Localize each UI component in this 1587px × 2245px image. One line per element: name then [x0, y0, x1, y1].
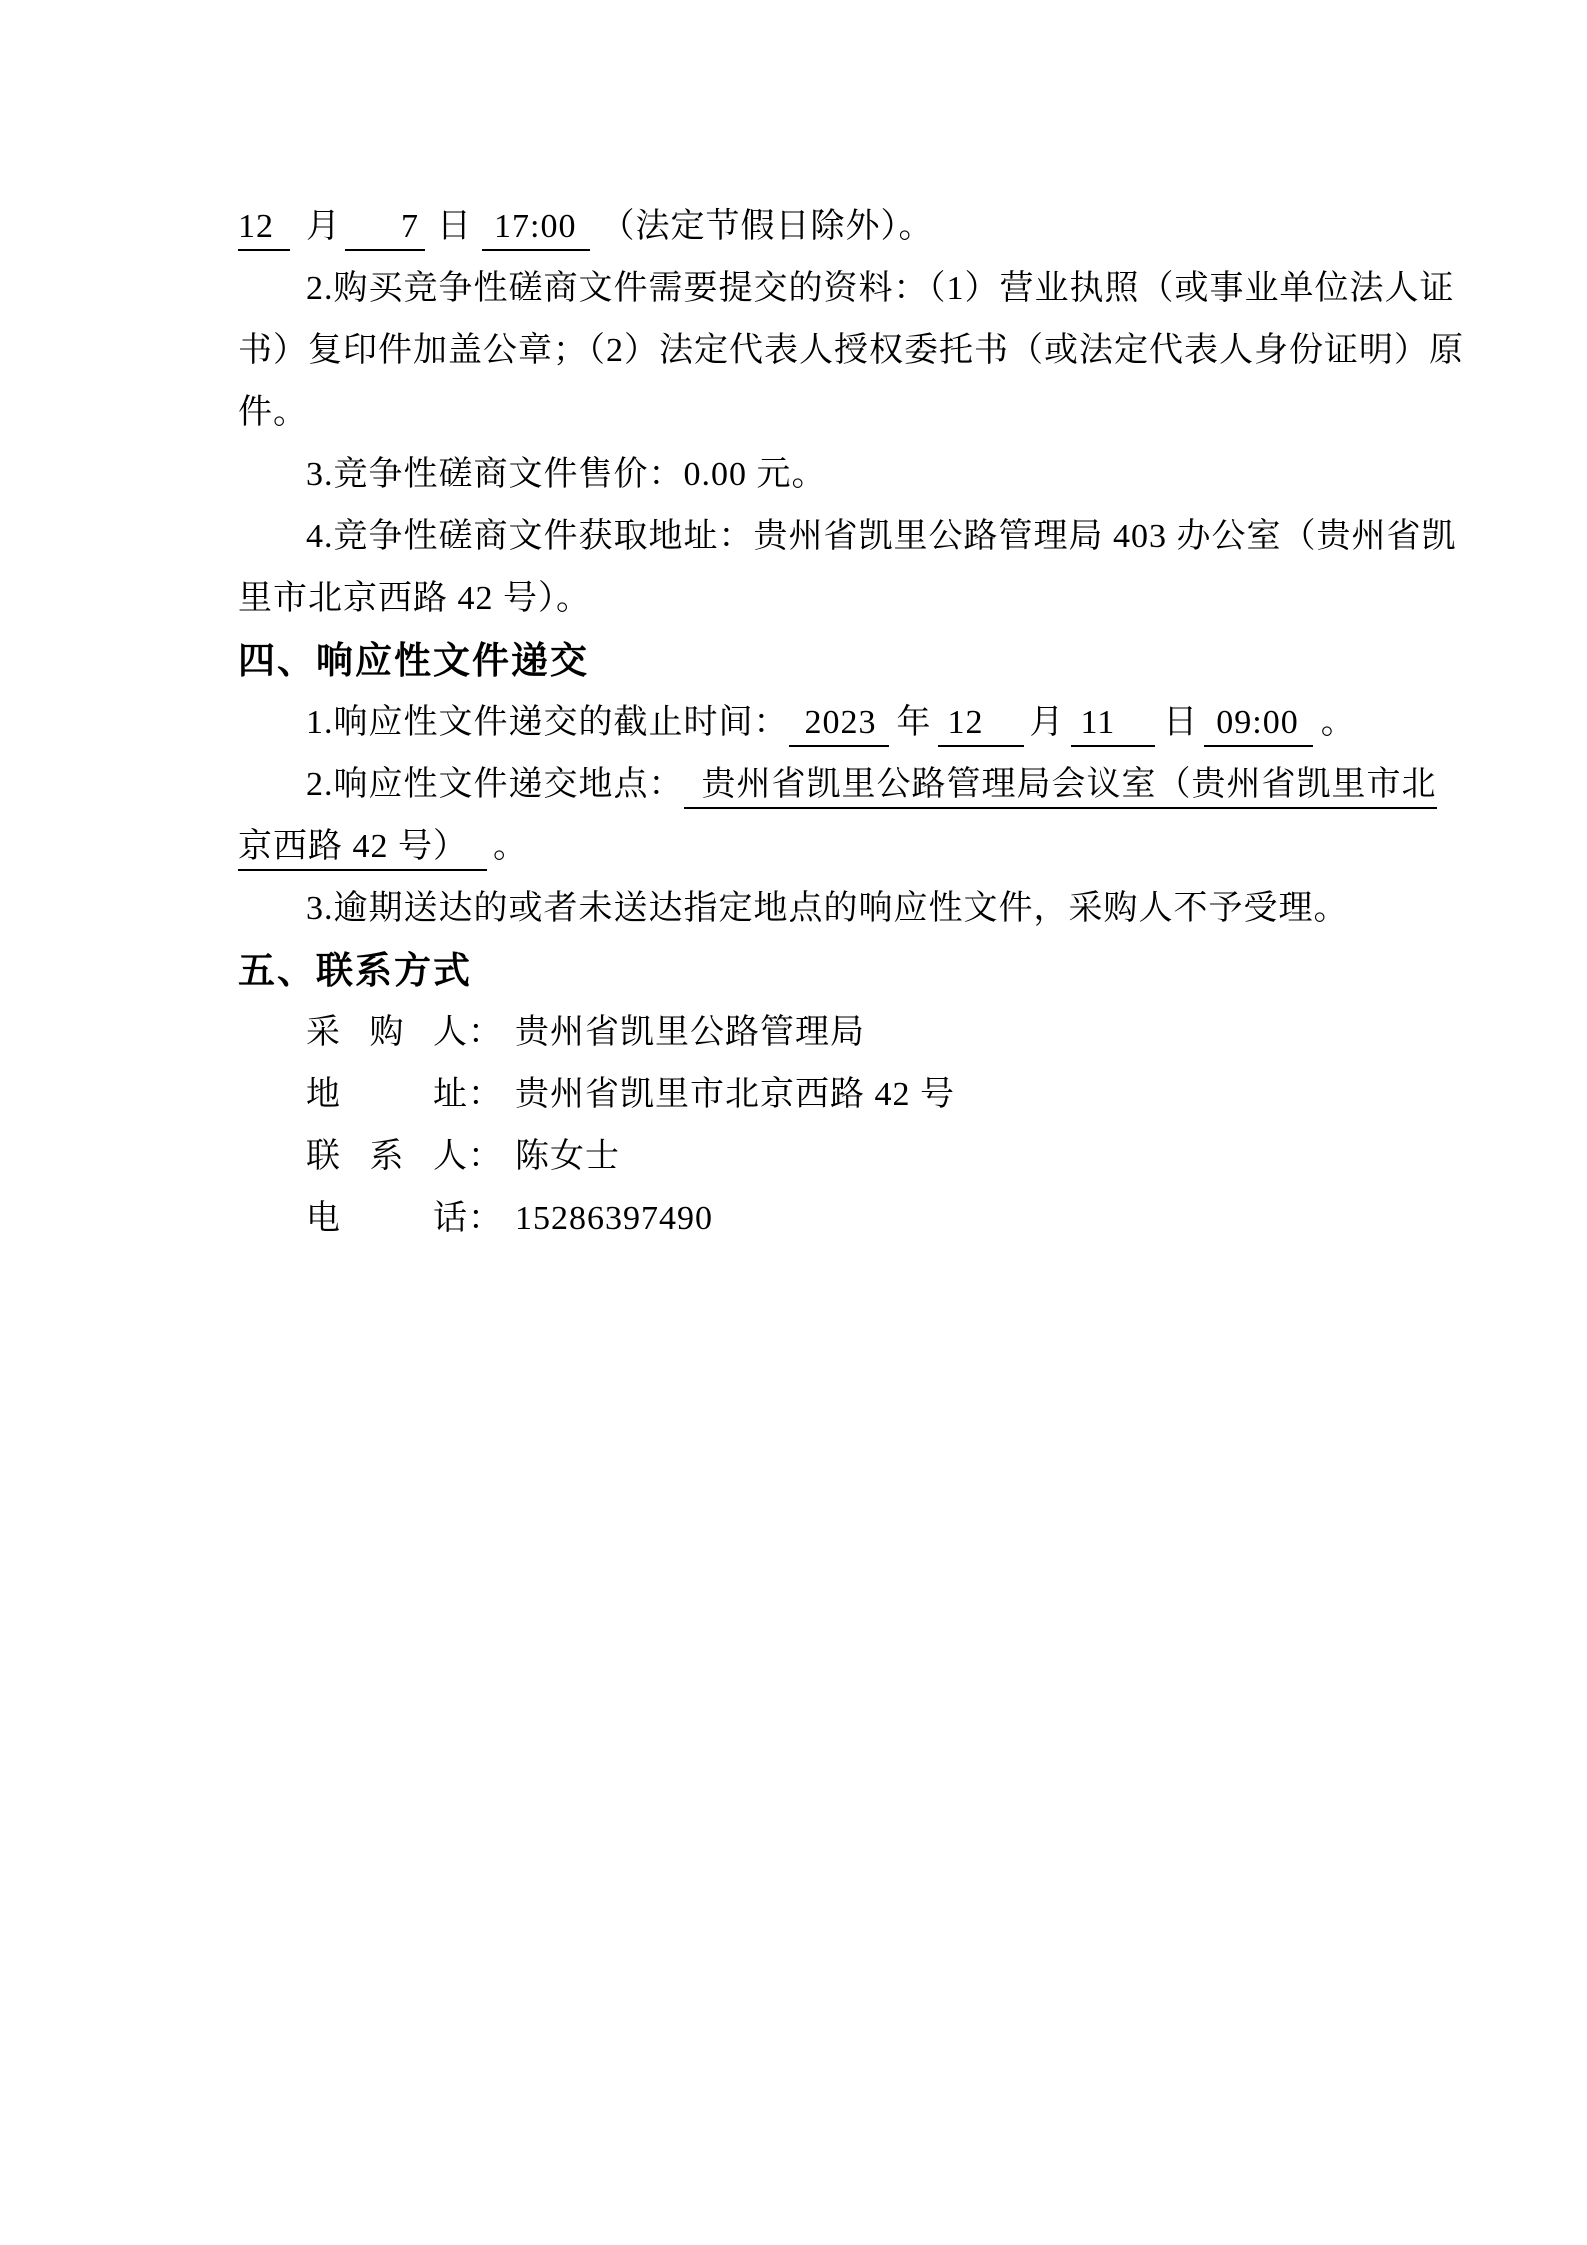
- contact-value: 贵州省凯里市北京西路 42 号: [503, 1076, 955, 1113]
- prev-paragraph-continuation-line: 12月7日17:00（法定节假日除外）。: [238, 196, 1350, 258]
- contact-colon: ：: [468, 1200, 503, 1237]
- underlined-field: 2023: [789, 704, 889, 747]
- text-segment: 3.竞争性磋商文件售价：0.00 元。: [306, 456, 827, 493]
- text-segment: 日: [1155, 704, 1204, 741]
- text-segment: 四、响应性文件递交: [238, 640, 589, 681]
- text-segment: （法定节假日除外）。: [590, 208, 933, 245]
- text-segment: 五、联系方式: [238, 950, 472, 991]
- document-page: 12月7日17:00（法定节假日除外）。2.购买竞争性磋商文件需要提交的资料：（…: [0, 0, 1587, 2245]
- section-5-heading: 五、联系方式: [238, 940, 1350, 1002]
- text-segment: 月: [290, 208, 345, 245]
- section-4-item-2-location-line-1: 2.响应性文件递交地点：贵州省凯里公路管理局会议室（贵州省凯里市北: [238, 754, 1350, 816]
- text-segment: 里市北京西路 42 号）。: [238, 580, 591, 617]
- text-segment: 。: [1313, 704, 1356, 741]
- text-segment: 月: [1024, 704, 1071, 741]
- underlined-field: 11: [1071, 704, 1156, 747]
- underlined-field: 贵州省凯里公路管理局会议室（贵州省凯里市北: [684, 766, 1437, 809]
- contact-purchaser-line: 采购人：贵州省凯里公路管理局: [238, 1002, 1350, 1064]
- text-segment: 日: [425, 208, 482, 245]
- underlined-field: 09:00: [1204, 704, 1312, 747]
- text-segment: 2.购买竞争性磋商文件需要提交的资料：（1）营业执照（或事业单位法人证: [306, 270, 1455, 307]
- text-segment: 1.响应性文件递交的截止时间：: [306, 704, 789, 741]
- contact-phone-line: 电话：15286397490: [238, 1188, 1350, 1250]
- underlined-field: 京西路 42 号）: [238, 828, 487, 871]
- underlined-field: 17:00: [482, 208, 590, 251]
- para-document-price: 3.竞争性磋商文件售价：0.00 元。: [238, 444, 1350, 506]
- contact-address-line: 地址：贵州省凯里市北京西路 42 号: [238, 1064, 1350, 1126]
- text-segment: 书）复印件加盖公章；（2）法定代表人授权委托书（或法定代表人身份证明）原: [238, 332, 1464, 369]
- para-document-pickup-address-line-1: 4.竞争性磋商文件获取地址：贵州省凯里公路管理局 403 办公室（贵州省凯: [238, 506, 1350, 568]
- para-document-pickup-address-line-2: 里市北京西路 42 号）。: [238, 568, 1350, 630]
- text-segment: 件。: [238, 394, 308, 431]
- contact-colon: ：: [468, 1014, 503, 1051]
- underlined-field: 12: [938, 704, 1024, 747]
- section-4-item-1-deadline: 1.响应性文件递交的截止时间：2023年12月11日09:00。: [238, 692, 1350, 754]
- section-4-item-3-late-delivery: 3.逾期送达的或者未送达指定地点的响应性文件，采购人不予受理。: [238, 878, 1350, 940]
- text-segment: 4.竞争性磋商文件获取地址：贵州省凯里公路管理局 403 办公室（贵州省凯: [306, 518, 1457, 555]
- contact-label: 电话: [306, 1188, 468, 1250]
- contact-colon: ：: [468, 1138, 503, 1175]
- text-segment: 年: [889, 704, 938, 741]
- contact-colon: ：: [468, 1076, 503, 1113]
- contact-value: 陈女士: [503, 1138, 620, 1175]
- document-content: 12月7日17:00（法定节假日除外）。2.购买竞争性磋商文件需要提交的资料：（…: [238, 196, 1350, 1250]
- underlined-field: 12: [238, 208, 290, 251]
- contact-label: 联系人: [306, 1126, 468, 1188]
- para-purchase-materials-line-1: 2.购买竞争性磋商文件需要提交的资料：（1）营业执照（或事业单位法人证: [238, 258, 1350, 320]
- contact-label: 采购人: [306, 1002, 468, 1064]
- contact-value: 贵州省凯里公路管理局: [503, 1014, 865, 1051]
- contact-value: 15286397490: [503, 1200, 713, 1237]
- text-segment: 3.逾期送达的或者未送达指定地点的响应性文件，采购人不予受理。: [306, 890, 1349, 927]
- text-segment: 2.响应性文件递交地点：: [306, 766, 684, 803]
- section-4-item-2-location-line-2: 京西路 42 号）。: [238, 816, 1350, 878]
- section-4-heading: 四、响应性文件递交: [238, 630, 1350, 692]
- underlined-field: 7: [345, 208, 425, 251]
- contact-label: 地址: [306, 1064, 468, 1126]
- text-segment: 。: [487, 828, 528, 865]
- contact-person-line: 联系人：陈女士: [238, 1126, 1350, 1188]
- para-purchase-materials-line-3: 件。: [238, 382, 1350, 444]
- para-purchase-materials-line-2: 书）复印件加盖公章；（2）法定代表人授权委托书（或法定代表人身份证明）原: [238, 320, 1350, 382]
